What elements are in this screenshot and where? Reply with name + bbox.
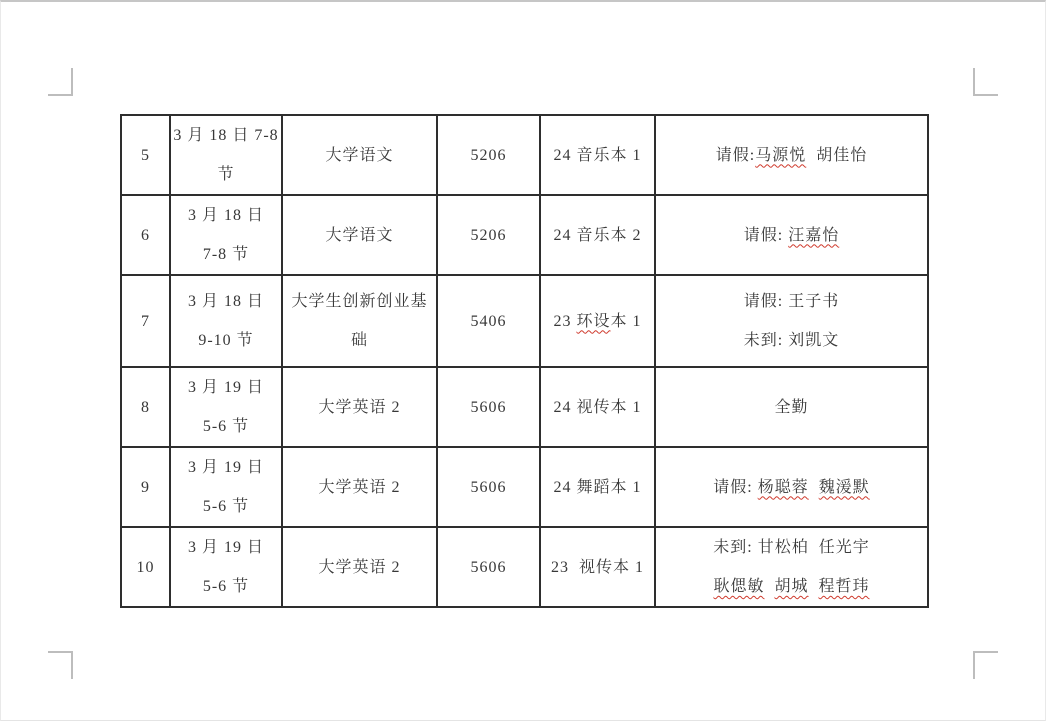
cell-number: 8 — [121, 367, 170, 447]
cell-number: 7 — [121, 275, 170, 367]
text-line: 23 视传本 1 — [541, 548, 654, 587]
text-segment: 9 — [141, 479, 150, 496]
cell-number: 10 — [121, 527, 170, 607]
text-line: 大学语文 — [283, 216, 436, 255]
text-segment: 3 月 18 日 — [188, 293, 264, 310]
text-line: 5 — [122, 136, 169, 175]
spellcheck-underlined-name: 耿偲敏 — [713, 578, 764, 595]
table-row: 73 月 18 日9-10 节大学生创新创业基础540623 环设本 1请假: … — [121, 275, 928, 367]
text-segment: 5-6 节 — [203, 498, 249, 515]
attendance-table: 53 月 18 日 7-8节大学语文520624 音乐本 1请假:马源悦 胡佳怡… — [120, 114, 929, 608]
table-row: 103 月 19 日5-6 节大学英语 2560623 视传本 1未到: 甘松柏… — [121, 527, 928, 607]
text-line: 3 月 19 日 — [171, 368, 281, 407]
text-segment: 5-6 节 — [203, 418, 249, 435]
text-line: 础 — [283, 321, 436, 360]
spellcheck-underlined-name: 魏湲默 — [819, 479, 870, 496]
text-segment: 胡佳怡 — [806, 147, 867, 164]
cell-course: 大学语文 — [282, 195, 437, 275]
text-line: 请假: 汪嘉怡 — [656, 216, 927, 255]
text-segment: 节 — [217, 166, 234, 183]
text-line: 24 视传本 1 — [541, 388, 654, 427]
cell-date-period: 3 月 18 日9-10 节 — [170, 275, 282, 367]
text-segment: 5606 — [471, 479, 507, 496]
text-segment: 24 舞蹈本 1 — [553, 479, 641, 496]
cell-attendance: 请假: 杨聪蓉 魏湲默 — [655, 447, 928, 527]
text-line: 请假: 王子书 — [656, 282, 927, 321]
text-segment: 5606 — [471, 559, 507, 576]
cell-attendance: 未到: 甘松柏 任光宇耿偲敏 胡城 程哲玮 — [655, 527, 928, 607]
text-line: 7 — [122, 302, 169, 341]
text-segment: 23 视传本 1 — [551, 559, 644, 576]
spellcheck-underlined-name: 胡城 — [774, 578, 808, 595]
cell-class: 24 音乐本 1 — [540, 115, 655, 195]
text-line: 6 — [122, 216, 169, 255]
cell-class: 23 环设本 1 — [540, 275, 655, 367]
text-line: 7-8 节 — [171, 235, 281, 274]
text-line: 9 — [122, 468, 169, 507]
cell-number: 9 — [121, 447, 170, 527]
cell-date-period: 3 月 19 日5-6 节 — [170, 367, 282, 447]
text-segment — [809, 479, 819, 496]
text-line: 未到: 甘松柏 任光宇 — [656, 528, 927, 567]
text-segment: 请假: — [744, 227, 788, 244]
text-line: 8 — [122, 388, 169, 427]
text-segment: 3 月 18 日 — [188, 207, 264, 224]
text-line: 未到: 刘凯文 — [656, 321, 927, 360]
text-segment — [764, 578, 774, 595]
text-segment: 7-8 节 — [203, 246, 249, 263]
cell-course: 大学生创新创业基础 — [282, 275, 437, 367]
cell-course: 大学英语 2 — [282, 367, 437, 447]
text-segment: 5406 — [471, 313, 507, 330]
text-line: 5-6 节 — [171, 567, 281, 606]
text-segment: 5206 — [471, 147, 507, 164]
text-segment: 24 视传本 1 — [553, 399, 641, 416]
cell-number: 5 — [121, 115, 170, 195]
cell-course: 大学语文 — [282, 115, 437, 195]
text-boundary-corner-bottom-left — [48, 651, 73, 679]
text-segment: 大学英语 2 — [318, 479, 400, 496]
cell-classroom: 5206 — [437, 195, 540, 275]
text-line: 3 月 18 日 — [171, 196, 281, 235]
text-line: 大学语文 — [283, 136, 436, 175]
cell-date-period: 3 月 19 日5-6 节 — [170, 447, 282, 527]
text-segment: 5-6 节 — [203, 578, 249, 595]
text-segment: 8 — [141, 399, 150, 416]
text-segment — [809, 578, 819, 595]
cell-date-period: 3 月 18 日7-8 节 — [170, 195, 282, 275]
text-segment: 全勤 — [774, 399, 808, 416]
text-segment: 7 — [141, 313, 150, 330]
cell-attendance: 全勤 — [655, 367, 928, 447]
text-segment: 请假: — [716, 147, 755, 164]
spellcheck-underlined-name: 汪嘉怡 — [788, 227, 839, 244]
text-line: 24 音乐本 1 — [541, 136, 654, 175]
cell-classroom: 5206 — [437, 115, 540, 195]
text-segment: 础 — [351, 332, 368, 349]
spellcheck-underlined-name: 环设 — [576, 313, 610, 330]
text-segment: 大学语文 — [325, 227, 393, 244]
text-line: 请假:马源悦 胡佳怡 — [656, 136, 927, 175]
text-line: 9-10 节 — [171, 321, 281, 360]
text-segment: 大学语文 — [325, 147, 393, 164]
cell-date-period: 3 月 18 日 7-8节 — [170, 115, 282, 195]
text-segment: 大学英语 2 — [318, 559, 400, 576]
text-segment: 大学英语 2 — [318, 399, 400, 416]
cell-class: 24 舞蹈本 1 — [540, 447, 655, 527]
table-row: 93 月 19 日5-6 节大学英语 2560624 舞蹈本 1请假: 杨聪蓉 … — [121, 447, 928, 527]
text-segment: 3 月 19 日 — [188, 539, 264, 556]
text-line: 5606 — [438, 388, 539, 427]
text-line: 3 月 19 日 — [171, 448, 281, 487]
cell-classroom: 5606 — [437, 447, 540, 527]
text-segment: 3 月 19 日 — [188, 379, 264, 396]
text-line: 10 — [122, 548, 169, 587]
text-segment: 本 1 — [611, 313, 642, 330]
text-segment: 5206 — [471, 227, 507, 244]
text-segment: 9-10 节 — [198, 332, 253, 349]
text-line: 大学英语 2 — [283, 388, 436, 427]
text-segment: 请假: — [713, 479, 757, 496]
text-segment: 5 — [141, 147, 150, 164]
text-segment: 23 — [553, 313, 576, 330]
text-line: 23 环设本 1 — [541, 302, 654, 341]
text-segment: 6 — [141, 227, 150, 244]
text-segment: 大学生创新创业基 — [291, 293, 427, 310]
cell-classroom: 5406 — [437, 275, 540, 367]
spellcheck-underlined-name: 杨聪蓉 — [758, 479, 809, 496]
text-segment: 5606 — [471, 399, 507, 416]
text-boundary-corner-top-left — [48, 68, 73, 96]
table-row: 53 月 18 日 7-8节大学语文520624 音乐本 1请假:马源悦 胡佳怡 — [121, 115, 928, 195]
cell-attendance: 请假: 王子书未到: 刘凯文 — [655, 275, 928, 367]
text-segment: 未到: 甘松柏 任光宇 — [713, 539, 869, 556]
text-line: 5606 — [438, 468, 539, 507]
cell-classroom: 5606 — [437, 367, 540, 447]
text-line: 24 舞蹈本 1 — [541, 468, 654, 507]
text-line: 5206 — [438, 136, 539, 175]
text-boundary-corner-bottom-right — [973, 651, 998, 679]
text-segment: 24 音乐本 2 — [553, 227, 641, 244]
text-line: 5-6 节 — [171, 407, 281, 446]
text-line: 24 音乐本 2 — [541, 216, 654, 255]
text-line: 节 — [171, 155, 281, 194]
text-segment: 请假: 王子书 — [744, 293, 839, 310]
table-row: 83 月 19 日5-6 节大学英语 2560624 视传本 1全勤 — [121, 367, 928, 447]
text-segment: 24 音乐本 1 — [553, 147, 641, 164]
attendance-table-body: 53 月 18 日 7-8节大学语文520624 音乐本 1请假:马源悦 胡佳怡… — [121, 115, 928, 607]
cell-class: 24 视传本 1 — [540, 367, 655, 447]
text-line: 5206 — [438, 216, 539, 255]
spellcheck-underlined-name: 马源悦 — [755, 147, 806, 164]
cell-class: 24 音乐本 2 — [540, 195, 655, 275]
document-page: 53 月 18 日 7-8节大学语文520624 音乐本 1请假:马源悦 胡佳怡… — [0, 0, 1046, 721]
text-segment: 未到: 刘凯文 — [744, 332, 839, 349]
text-line: 请假: 杨聪蓉 魏湲默 — [656, 468, 927, 507]
text-line: 5406 — [438, 302, 539, 341]
text-segment: 10 — [137, 559, 155, 576]
text-segment: 3 月 19 日 — [188, 459, 264, 476]
cell-course: 大学英语 2 — [282, 527, 437, 607]
cell-attendance: 请假:马源悦 胡佳怡 — [655, 115, 928, 195]
text-line: 大学英语 2 — [283, 468, 436, 507]
cell-class: 23 视传本 1 — [540, 527, 655, 607]
text-line: 全勤 — [656, 388, 927, 427]
text-line: 5606 — [438, 548, 539, 587]
text-line: 3 月 18 日 — [171, 282, 281, 321]
cell-classroom: 5606 — [437, 527, 540, 607]
text-line: 3 月 18 日 7-8 — [171, 116, 281, 155]
text-line: 大学生创新创业基 — [283, 282, 436, 321]
table-row: 63 月 18 日7-8 节大学语文520624 音乐本 2请假: 汪嘉怡 — [121, 195, 928, 275]
text-segment: 3 月 18 日 7-8 — [173, 127, 278, 144]
cell-number: 6 — [121, 195, 170, 275]
text-line: 3 月 19 日 — [171, 528, 281, 567]
cell-course: 大学英语 2 — [282, 447, 437, 527]
text-boundary-corner-top-right — [973, 68, 998, 96]
cell-date-period: 3 月 19 日5-6 节 — [170, 527, 282, 607]
text-line: 5-6 节 — [171, 487, 281, 526]
text-line: 耿偲敏 胡城 程哲玮 — [656, 567, 927, 606]
cell-attendance: 请假: 汪嘉怡 — [655, 195, 928, 275]
spellcheck-underlined-name: 程哲玮 — [819, 578, 870, 595]
text-line: 大学英语 2 — [283, 548, 436, 587]
